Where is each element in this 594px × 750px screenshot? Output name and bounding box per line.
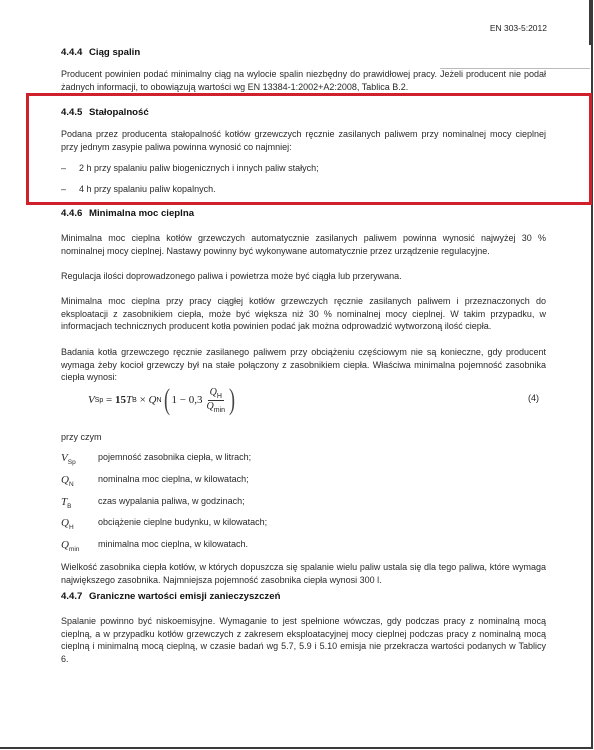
section-heading-4-4-7: 4.4.7Graniczne wartości emisji zanieczys…: [61, 591, 280, 602]
section-4-4-4-paragraph: Producent powinien podać minimalny ciąg …: [61, 68, 546, 93]
document-page: EN 303-5:2012 4.4.4Ciąg spalin Producent…: [0, 0, 593, 749]
section-4-4-7-paragraph: Spalanie powinno być niskoemisyjne. Wyma…: [61, 615, 546, 665]
section-heading-4-4-4: 4.4.4Ciąg spalin: [61, 47, 140, 58]
standard-id: EN 303-5:2012: [490, 23, 547, 33]
symbol-definition: QN nominalna moc cieplna, w kilowatach;: [61, 474, 249, 488]
fraction: QH Qmin: [205, 387, 228, 414]
where-label: przy czym: [61, 431, 546, 444]
symbol-definition: TB czas wypalania paliwa, w godzinach;: [61, 496, 245, 510]
symbol-definition: Qmin minimalna moc cieplna, w kilowatach…: [61, 539, 248, 553]
list-item: –4 h przy spalaniu paliw kopalnych.: [61, 184, 216, 194]
section-4-4-6-paragraph-2: Regulacja ilości doprowadzonego paliwa i…: [61, 270, 546, 283]
section-heading-4-4-5: 4.4.5Stałopalność: [61, 107, 149, 118]
section-4-4-6-paragraph-1: Minimalna moc cieplna kotłów grzewczych …: [61, 232, 546, 257]
section-4-4-6-paragraph-4: Badania kotła grzewczego ręcznie zasilan…: [61, 346, 546, 384]
section-4-4-6-paragraph-3: Minimalna moc cieplna przy pracy ciągłej…: [61, 295, 546, 333]
symbol-definition: QH obciążenie cieplne budynku, w kilowat…: [61, 517, 267, 531]
section-4-4-5-paragraph: Podana przez producenta stałopalność kot…: [61, 128, 546, 153]
section-4-4-6-closing: Wielkość zasobnika ciepła kotłów, w któr…: [61, 561, 546, 586]
section-heading-4-4-6: 4.4.6Minimalna moc cieplna: [61, 208, 194, 219]
equation-number: (4): [528, 393, 539, 403]
formula-4: VSp = 15TB × QN ( 1 − 0,3 QH Qmin ): [88, 385, 237, 415]
list-item: –2 h przy spalaniu paliw biogenicznych i…: [61, 163, 319, 173]
page-edge-rule: [589, 0, 591, 45]
symbol-definition: VSp pojemność zasobnika ciepła, w litrac…: [61, 452, 251, 466]
